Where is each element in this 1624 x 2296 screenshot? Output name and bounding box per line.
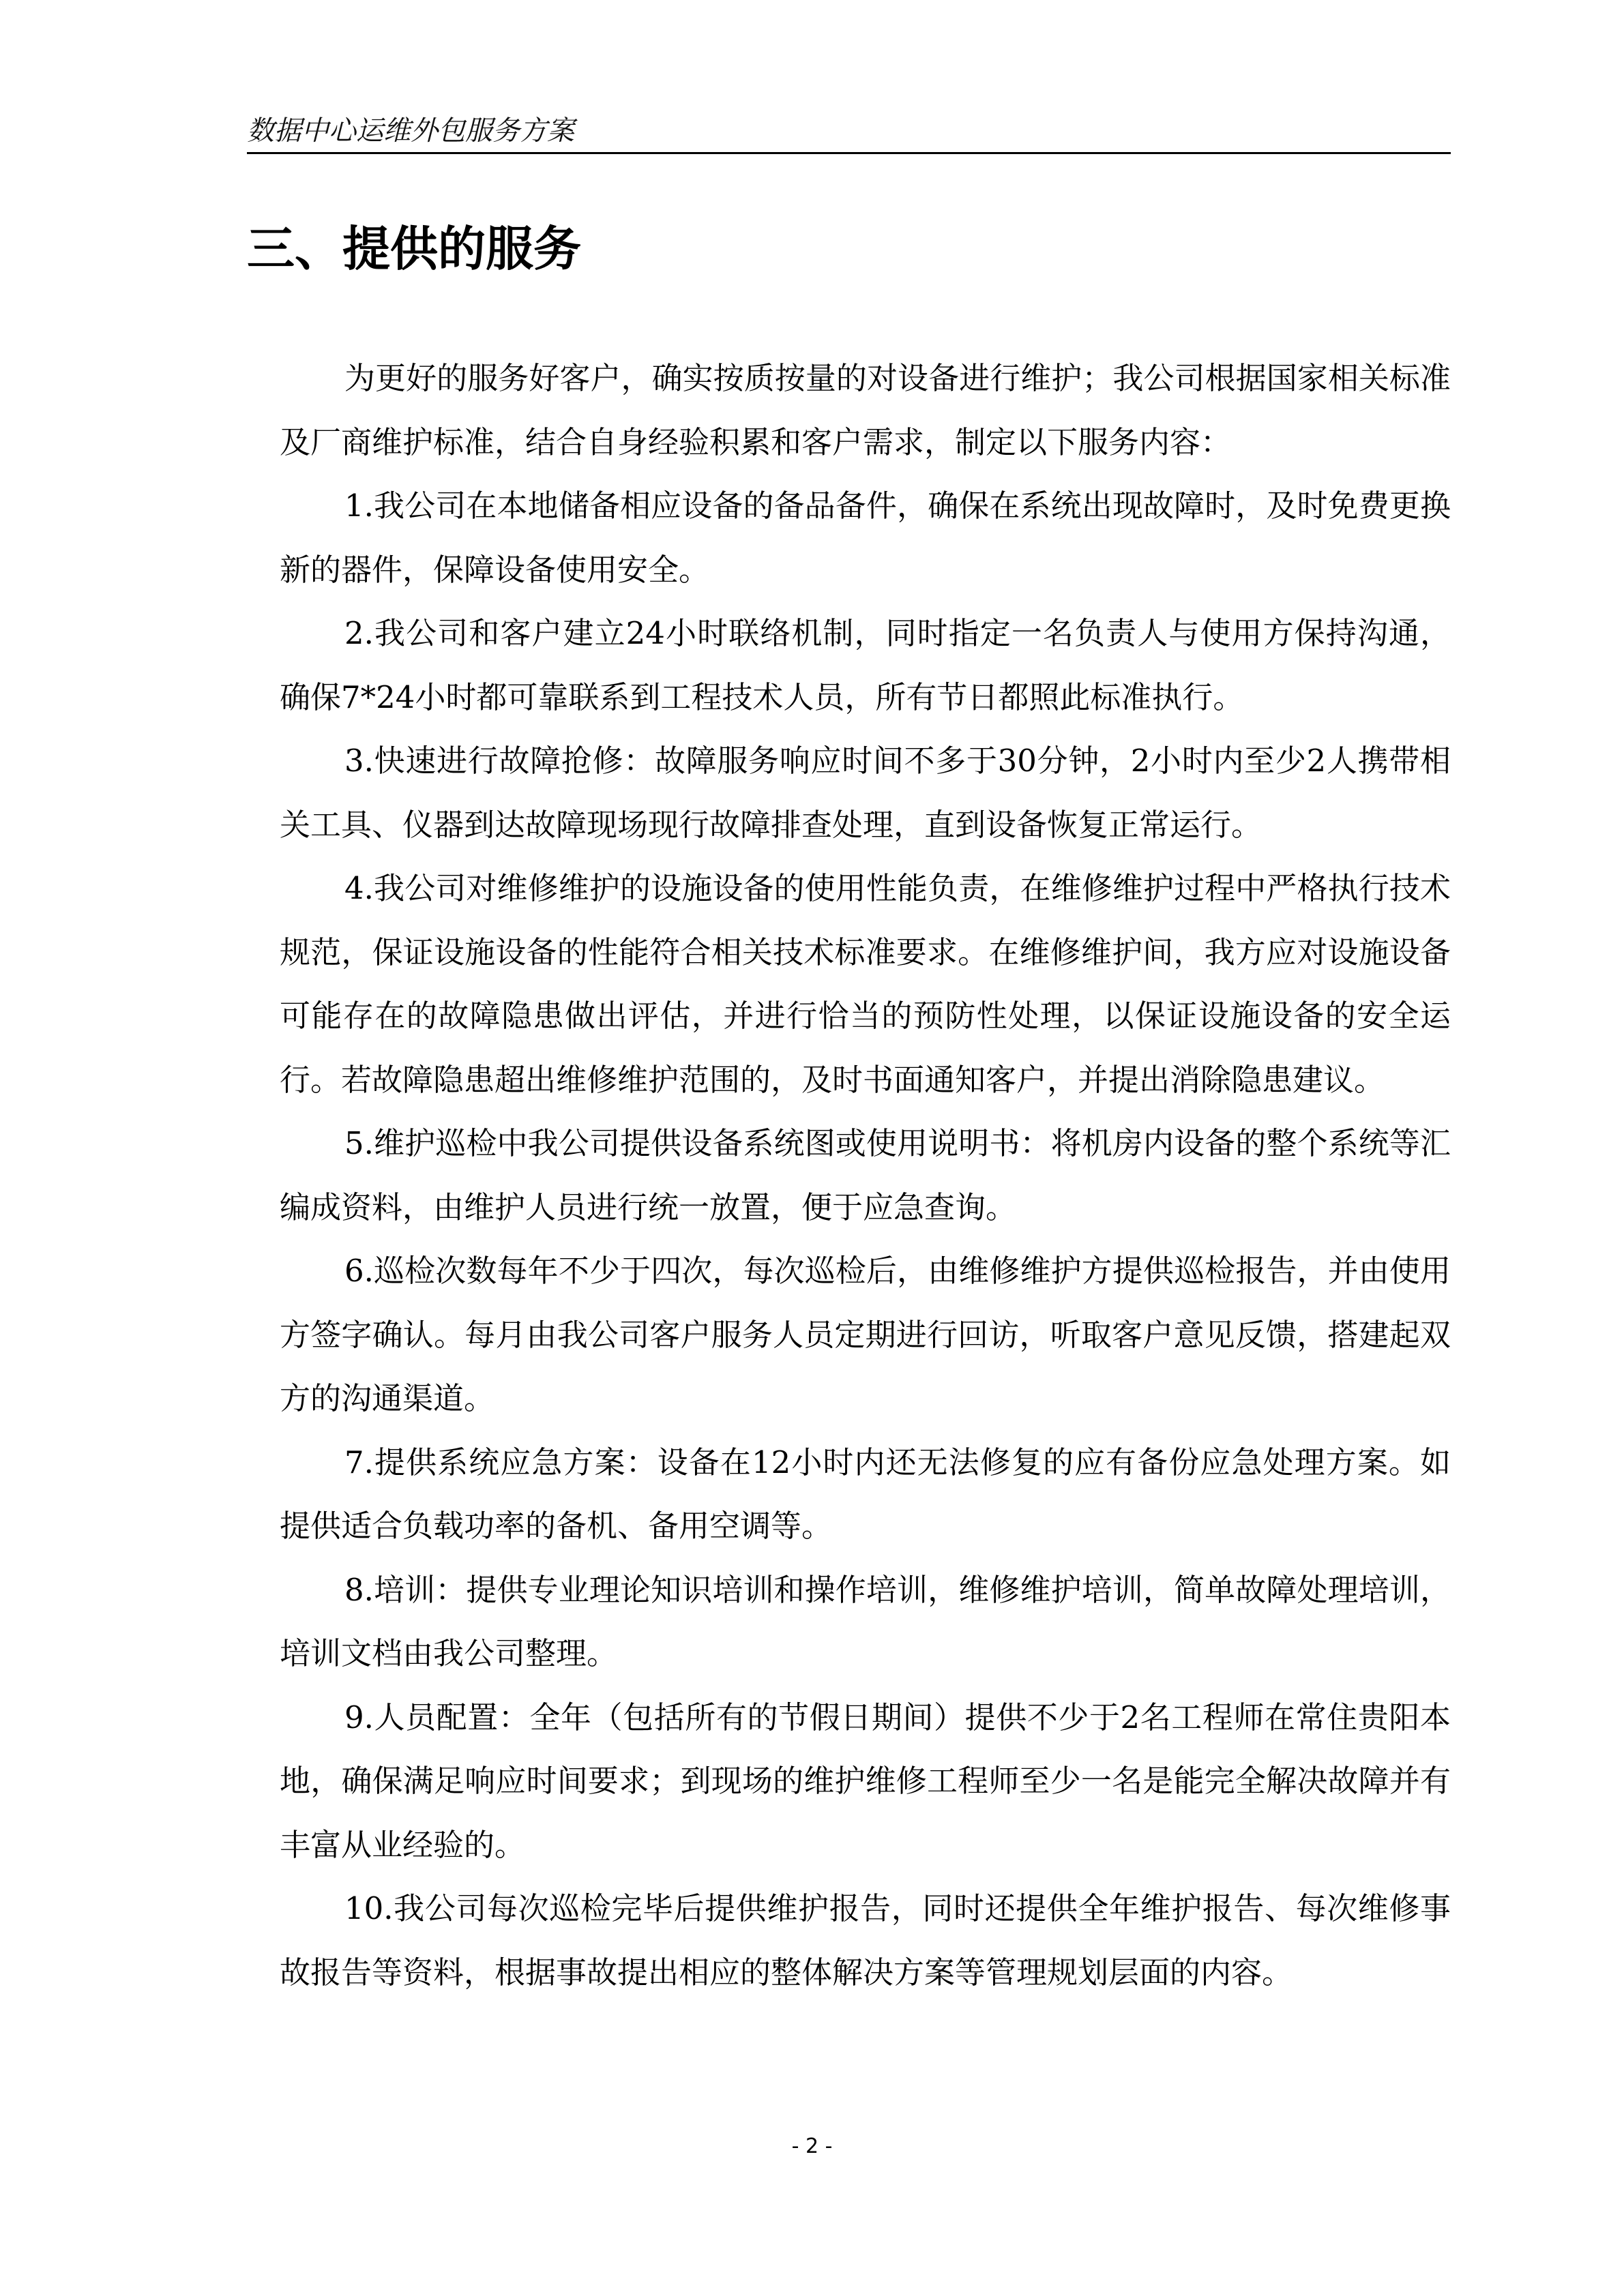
intro-paragraph: 为更好的服务好客户，确实按质按量的对设备进行维护；我公司根据国家相关标准及厂商维… [280, 346, 1451, 474]
service-item-2: 2.我公司和客户建立24小时联络机制，同时指定一名负责人与使用方保持沟通，确保7… [280, 601, 1451, 729]
page-header: 数据中心运维外包服务方案 [247, 109, 1451, 154]
service-item-6: 6.巡检次数每年不少于四次，每次巡检后，由维修维护方提供巡检报告，并由使用方签字… [280, 1239, 1451, 1431]
service-item-7: 7.提供系统应急方案：设备在12小时内还无法修复的应有备份应急处理方案。如提供适… [280, 1431, 1451, 1558]
service-item-3: 3.快速进行故障抢修：故障服务响应时间不多于30分钟，2小时内至少2人携带相关工… [280, 729, 1451, 856]
body-text: 为更好的服务好客户，确实按质按量的对设备进行维护；我公司根据国家相关标准及厂商维… [280, 346, 1451, 2004]
document-title: 数据中心运维外包服务方案 [247, 113, 574, 149]
service-item-5: 5.维护巡检中我公司提供设备系统图或使用说明书：将机房内设备的整个系统等汇编成资… [280, 1112, 1451, 1239]
section-heading: 三、提供的服务 [247, 217, 581, 281]
service-item-10: 10.我公司每次巡检完毕后提供维护报告，同时还提供全年维护报告、每次维修事故报告… [280, 1877, 1451, 2004]
service-item-1: 1.我公司在本地储备相应设备的备品备件，确保在系统出现故障时，及时免费更换新的器… [280, 474, 1451, 601]
page-number: - 2 - [0, 2132, 1624, 2162]
header-divider [247, 152, 1451, 154]
service-item-9: 9.人员配置：全年（包括所有的节假日期间）提供不少于2名工程师在常住贵阳本地，确… [280, 1686, 1451, 1877]
service-item-4: 4.我公司对维修维护的设施设备的使用性能负责，在维修维护过程中严格执行技术规范，… [280, 856, 1451, 1112]
service-item-8: 8.培训：提供专业理论知识培训和操作培训，维修维护培训，简单故障处理培训，培训文… [280, 1558, 1451, 1686]
